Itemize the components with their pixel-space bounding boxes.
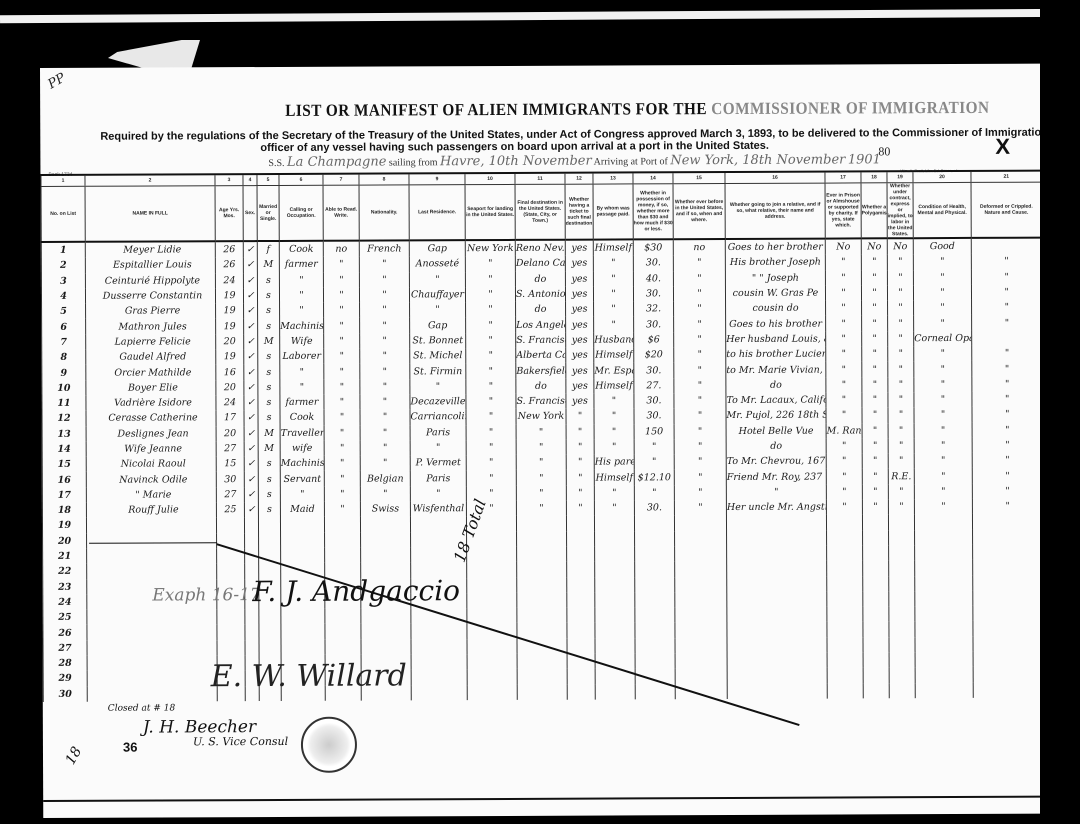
empty-cell bbox=[281, 548, 325, 563]
cell-before: " bbox=[674, 378, 726, 394]
column-number: 11 bbox=[515, 174, 565, 185]
cell-paid: Himself bbox=[593, 239, 633, 255]
column-header: Whether ever before in the United States… bbox=[673, 184, 725, 240]
cell-paid: " bbox=[593, 256, 633, 271]
empty-cell bbox=[889, 560, 915, 575]
row-number: 25 bbox=[43, 610, 87, 625]
cell-relative: Goes to his brother bbox=[726, 316, 826, 332]
cell-no: 2 bbox=[41, 258, 85, 273]
cell-health: " bbox=[914, 315, 972, 331]
empty-cell bbox=[827, 561, 863, 576]
cell-name: Nicolai Raoul bbox=[86, 456, 216, 472]
empty-cell bbox=[915, 637, 973, 653]
cell-port: " bbox=[466, 409, 516, 425]
empty-cell bbox=[87, 671, 217, 687]
cell-nat: " bbox=[360, 394, 410, 410]
empty-cell bbox=[87, 625, 217, 641]
cell-no: 6 bbox=[42, 319, 86, 334]
cell-relative: do bbox=[726, 438, 826, 454]
empty-cell bbox=[245, 624, 259, 639]
cell-nat: " bbox=[360, 425, 410, 441]
cell-occ: farmer bbox=[280, 395, 324, 410]
empty-cell bbox=[361, 547, 411, 563]
cell-rw: " bbox=[324, 303, 360, 318]
cell-deformed: " bbox=[972, 346, 1042, 362]
cell-poly: " bbox=[862, 300, 888, 315]
cell-relative: do bbox=[726, 377, 826, 393]
cell-occ: " bbox=[280, 364, 324, 379]
empty-cell bbox=[635, 684, 675, 699]
footer-rule bbox=[43, 796, 1043, 802]
empty-cell bbox=[675, 592, 727, 608]
cell-age: 30 bbox=[216, 472, 244, 487]
empty-cell bbox=[467, 669, 517, 685]
cell-dest: S. Antonio Texas bbox=[515, 287, 565, 303]
cell-relative: Goes to her brother bbox=[725, 239, 825, 256]
cell-paid: " bbox=[594, 500, 634, 515]
empty-cell bbox=[888, 515, 914, 530]
cell-ms: M bbox=[258, 441, 280, 456]
empty-cell bbox=[325, 532, 361, 547]
cell-res: " bbox=[409, 272, 465, 288]
cell-rw: " bbox=[324, 425, 360, 440]
cell-age: 27 bbox=[216, 441, 244, 456]
empty-cell bbox=[727, 530, 827, 546]
cell-name: " Marie bbox=[86, 487, 216, 503]
empty-cell bbox=[595, 577, 635, 592]
cell-occ: Cook bbox=[279, 241, 323, 257]
empty-cell bbox=[467, 654, 517, 670]
cell-health: " bbox=[914, 377, 972, 393]
cell-ms: s bbox=[258, 410, 280, 425]
cell-ms: M bbox=[258, 426, 280, 441]
cell-paid: Husband bbox=[594, 332, 634, 347]
cell-no: 10 bbox=[42, 380, 86, 395]
cell-nat: Swiss bbox=[360, 501, 410, 517]
torn-paper-scrap bbox=[108, 40, 200, 70]
ship-name: La Champagne bbox=[287, 154, 386, 169]
cell-ms: s bbox=[258, 349, 280, 364]
empty-cell bbox=[674, 515, 726, 531]
cell-before: " bbox=[673, 255, 725, 271]
ship-prefix: S.S. bbox=[268, 158, 284, 169]
cell-occ: Wife bbox=[280, 334, 324, 349]
cell-money: 30. bbox=[634, 317, 674, 332]
cell-deformed: " bbox=[971, 254, 1041, 270]
column-header: NAME IN FULL bbox=[85, 186, 215, 242]
cell-relative: Friend Mr. Roy, 237 W. 50 St. bbox=[726, 469, 826, 485]
cell-nat: French bbox=[359, 240, 409, 257]
cell-age: 27 bbox=[216, 487, 244, 502]
empty-cell bbox=[567, 531, 595, 546]
cell-deformed bbox=[972, 330, 1042, 346]
cell-port: " bbox=[466, 363, 516, 379]
column-header: By whom was passage paid. bbox=[593, 184, 633, 240]
cell-res: Wisfenthal bbox=[410, 501, 466, 517]
cell-name: Wife Jeanne bbox=[86, 441, 216, 457]
cell-port: " bbox=[465, 272, 515, 288]
cell-name: Mathron Jules bbox=[86, 319, 216, 335]
cell-prison: " bbox=[826, 316, 862, 331]
empty-cell bbox=[727, 607, 827, 623]
empty-cell bbox=[280, 517, 324, 532]
scan-right-edge bbox=[1040, 0, 1080, 824]
empty-cell bbox=[411, 608, 467, 624]
cell-relative: Hotel Belle Vue bbox=[726, 423, 826, 439]
cell-money: $30 bbox=[633, 239, 673, 255]
cell-ticket: yes bbox=[566, 332, 594, 347]
cell-nat: Belgian bbox=[360, 471, 410, 487]
cell-ticket: " bbox=[566, 439, 594, 454]
cell-before: " bbox=[674, 469, 726, 485]
empty-cell bbox=[595, 608, 635, 623]
cell-paid: " bbox=[593, 286, 633, 301]
sailing-from: Havre, 10th November bbox=[440, 154, 592, 170]
empty-cell bbox=[973, 667, 1043, 683]
cell-poly: " bbox=[862, 346, 888, 361]
cell-ticket: yes bbox=[566, 302, 594, 317]
empty-cell bbox=[595, 623, 635, 638]
cell-age: 16 bbox=[216, 364, 244, 379]
cell-prison: " bbox=[826, 392, 862, 407]
cell-dest: Alberta Canada bbox=[516, 348, 566, 364]
empty-cell bbox=[217, 609, 245, 624]
cell-paid: " bbox=[594, 409, 634, 424]
empty-cell bbox=[827, 622, 863, 637]
empty-cell bbox=[915, 545, 973, 561]
row-number: 28 bbox=[43, 656, 87, 671]
empty-cell bbox=[889, 683, 915, 698]
empty-row: 30 bbox=[43, 682, 1043, 702]
cell-paid: Himself bbox=[594, 470, 634, 485]
empty-cell bbox=[827, 576, 863, 591]
empty-cell bbox=[87, 563, 217, 579]
cell-prison: " bbox=[825, 285, 861, 300]
cell-ms: s bbox=[258, 303, 280, 318]
empty-cell bbox=[973, 560, 1043, 576]
cell-rw: " bbox=[324, 486, 360, 501]
column-number: 12 bbox=[565, 174, 593, 185]
cell-contract: " bbox=[888, 300, 914, 315]
cell-no: 8 bbox=[42, 350, 86, 365]
empty-cell bbox=[863, 576, 889, 591]
column-number: 1 bbox=[41, 176, 85, 187]
cell-ticket: " bbox=[566, 455, 594, 470]
empty-cell bbox=[217, 640, 245, 655]
manifest-body: 1Meyer Lidie26✓fCooknoFrenchGapNew YorkR… bbox=[41, 238, 1043, 702]
cell-before: " bbox=[673, 271, 725, 287]
cell-port: " bbox=[466, 333, 516, 349]
row-number: 24 bbox=[43, 595, 87, 610]
cell-deformed: " bbox=[972, 499, 1042, 515]
cell-occ: " bbox=[280, 379, 324, 394]
cell-no: 15 bbox=[42, 457, 86, 472]
empty-cell bbox=[675, 546, 727, 562]
cell-poly: " bbox=[862, 453, 888, 468]
cell-name: Boyer Elie bbox=[86, 380, 216, 396]
cell-ms: s bbox=[257, 273, 279, 288]
empty-cell bbox=[863, 668, 889, 683]
cell-rw: " bbox=[323, 272, 359, 287]
cell-dest: Los Angeles Cal. bbox=[516, 317, 566, 333]
cell-ms: M bbox=[258, 334, 280, 349]
empty-cell bbox=[973, 529, 1043, 545]
empty-cell bbox=[727, 591, 827, 607]
cell-poly: " bbox=[862, 377, 888, 392]
column-header: Whether in possession of money, if so, w… bbox=[633, 184, 673, 240]
cell-res: Carriancolin bbox=[410, 409, 466, 425]
empty-cell bbox=[863, 591, 889, 606]
row-number: 30 bbox=[43, 686, 87, 701]
empty-cell bbox=[914, 514, 972, 530]
empty-cell bbox=[567, 547, 595, 562]
empty-cell bbox=[87, 686, 217, 702]
cell-dest: " bbox=[516, 455, 566, 471]
cell-occ: " bbox=[279, 288, 323, 303]
empty-cell bbox=[411, 669, 467, 685]
cell-relative: cousin W. Gras Pe bbox=[725, 285, 825, 301]
cell-no: 3 bbox=[41, 273, 85, 288]
cell-before: " bbox=[674, 332, 726, 348]
cell-poly: " bbox=[861, 255, 887, 270]
cell-prison: " bbox=[825, 270, 861, 285]
cell-relative: " " Joseph bbox=[725, 270, 825, 286]
cell-money: $20 bbox=[634, 347, 674, 362]
cell-paid: " bbox=[594, 393, 634, 408]
empty-cell bbox=[727, 653, 827, 669]
empty-cell bbox=[567, 623, 595, 638]
cell-nat: " bbox=[360, 379, 410, 395]
cell-prison: " bbox=[826, 454, 862, 469]
cell-ms: s bbox=[258, 380, 280, 395]
empty-cell bbox=[87, 609, 217, 625]
empty-cell bbox=[727, 683, 827, 699]
cell-prison: " bbox=[826, 362, 862, 377]
cell-occ: Machinist bbox=[280, 318, 324, 333]
cell-no: 9 bbox=[42, 365, 86, 380]
empty-cell bbox=[517, 577, 567, 593]
cell-contract: " bbox=[888, 346, 914, 361]
cell-before: no bbox=[673, 239, 725, 256]
cell-sex: ✓ bbox=[243, 288, 257, 303]
cell-res: " bbox=[410, 486, 466, 502]
cell-port: " bbox=[465, 287, 515, 303]
cell-contract: " bbox=[888, 484, 914, 499]
column-number: 6 bbox=[279, 175, 323, 186]
cell-prison: No bbox=[825, 238, 861, 254]
cell-ticket: " bbox=[566, 485, 594, 500]
empty-cell bbox=[244, 517, 258, 532]
cell-health: " bbox=[914, 499, 972, 515]
cell-deformed: " bbox=[972, 468, 1042, 484]
column-header: Nationality. bbox=[359, 185, 409, 241]
empty-cell bbox=[517, 669, 567, 685]
cell-occ: Maid bbox=[280, 502, 324, 517]
cell-prison: " bbox=[826, 331, 862, 346]
empty-cell bbox=[324, 517, 360, 532]
empty-cell bbox=[410, 516, 466, 532]
cell-prison: " bbox=[826, 346, 862, 361]
empty-cell bbox=[361, 624, 411, 640]
column-number: 21 bbox=[971, 172, 1041, 183]
empty-cell bbox=[467, 623, 517, 639]
officer-signature: E. W. Willard bbox=[211, 658, 407, 694]
cell-money: 30. bbox=[634, 409, 674, 424]
empty-cell bbox=[517, 547, 567, 563]
cell-health: " bbox=[914, 361, 972, 377]
cell-dest: do bbox=[516, 302, 566, 318]
cell-poly: No bbox=[861, 238, 887, 254]
empty-cell bbox=[635, 623, 675, 638]
cell-prison: " bbox=[826, 301, 862, 316]
cell-no: 1 bbox=[41, 242, 85, 258]
empty-cell bbox=[361, 532, 411, 548]
cell-prison: " bbox=[825, 255, 861, 270]
cell-ms: s bbox=[258, 318, 280, 333]
inspector-note: Exaph 16-17 bbox=[152, 585, 260, 605]
empty-cell bbox=[675, 668, 727, 684]
cell-deformed: " bbox=[972, 315, 1042, 331]
cell-port: " bbox=[466, 424, 516, 440]
cell-before: " bbox=[674, 301, 726, 317]
empty-cell bbox=[827, 591, 863, 606]
cell-health: " bbox=[914, 346, 972, 362]
cell-nat: " bbox=[359, 287, 409, 303]
empty-cell bbox=[675, 607, 727, 623]
empty-cell bbox=[827, 683, 863, 698]
empty-cell bbox=[675, 561, 727, 577]
cell-rw: " bbox=[324, 318, 360, 333]
empty-cell bbox=[915, 530, 973, 546]
empty-cell bbox=[325, 548, 361, 563]
cell-sex: ✓ bbox=[244, 303, 258, 318]
cell-port: " bbox=[466, 348, 516, 364]
cell-occ: Machinist bbox=[280, 456, 324, 471]
cell-poly: " bbox=[862, 331, 888, 346]
cell-health: " bbox=[914, 300, 972, 316]
cell-prison: " bbox=[826, 438, 862, 453]
empty-cell bbox=[635, 546, 675, 561]
cell-contract: " bbox=[888, 392, 914, 407]
empty-cell bbox=[634, 516, 674, 531]
arriving-label: Arriving at Port of bbox=[594, 156, 668, 167]
cell-dest: do bbox=[516, 378, 566, 394]
cell-prison: " bbox=[826, 377, 862, 392]
cell-occ: wife bbox=[280, 441, 324, 456]
empty-cell bbox=[915, 575, 973, 591]
empty-cell bbox=[675, 653, 727, 669]
cell-age: 26 bbox=[215, 241, 243, 257]
cell-ticket: yes bbox=[566, 317, 594, 332]
column-header: Final destination in the United States. … bbox=[515, 184, 565, 240]
empty-cell bbox=[411, 685, 467, 701]
empty-cell bbox=[727, 546, 827, 562]
cell-no: 16 bbox=[42, 472, 86, 487]
empty-cell bbox=[973, 545, 1043, 561]
empty-cell bbox=[889, 667, 915, 682]
regulation-line-2: officer of any vessel having such passen… bbox=[260, 140, 769, 154]
cell-contract: " bbox=[888, 438, 914, 453]
cell-dest: " bbox=[516, 424, 566, 440]
cell-sex: ✓ bbox=[244, 334, 258, 349]
cell-ticket: " bbox=[566, 470, 594, 485]
cell-sex: ✓ bbox=[244, 441, 258, 456]
cell-contract: " bbox=[888, 362, 914, 377]
cell-health: " bbox=[914, 392, 972, 408]
cell-nat: " bbox=[360, 364, 410, 380]
cell-occ: Laborer bbox=[280, 349, 324, 364]
empty-cell bbox=[863, 530, 889, 545]
column-number: 13 bbox=[593, 173, 633, 184]
cell-res: St. Michel bbox=[410, 348, 466, 364]
empty-cell bbox=[245, 533, 259, 548]
empty-cell bbox=[827, 607, 863, 622]
empty-cell bbox=[827, 545, 863, 560]
cell-res: " bbox=[410, 440, 466, 456]
cell-deformed: " bbox=[972, 483, 1042, 499]
empty-cell bbox=[675, 684, 727, 700]
ship-line: S.S. La Champagne sailing from Havre, 10… bbox=[268, 152, 881, 170]
cell-contract: " bbox=[887, 270, 913, 285]
empty-cell bbox=[862, 515, 888, 530]
row-number: 20 bbox=[43, 533, 87, 548]
cell-health: " bbox=[914, 407, 972, 423]
cell-before: " bbox=[674, 362, 726, 378]
empty-cell bbox=[517, 593, 567, 609]
cell-relative: to Mr. Marie Vivian, Kern City, Kern Co. bbox=[726, 362, 826, 378]
empty-cell bbox=[411, 639, 467, 655]
cell-occ: " bbox=[279, 272, 323, 287]
empty-cell bbox=[973, 575, 1043, 591]
cell-relative: cousin do bbox=[726, 301, 826, 317]
inspector-signature: F. J. Andgaccio bbox=[252, 574, 460, 608]
cell-money: $12.10 bbox=[634, 470, 674, 485]
row-number: 27 bbox=[43, 641, 87, 656]
cell-paid: His parents bbox=[594, 455, 634, 470]
cell-res: Paris bbox=[410, 425, 466, 441]
cell-occ: Cook bbox=[280, 410, 324, 425]
cell-name: Espitallier Louis bbox=[85, 258, 215, 274]
cell-no: 18 bbox=[42, 503, 86, 518]
cell-nat: " bbox=[360, 486, 410, 502]
empty-cell bbox=[863, 545, 889, 560]
cell-ticket: yes bbox=[566, 378, 594, 393]
empty-cell bbox=[863, 622, 889, 637]
empty-cell bbox=[595, 562, 635, 577]
empty-cell bbox=[973, 682, 1043, 698]
cell-before: " bbox=[674, 316, 726, 332]
cell-money: " bbox=[634, 454, 674, 469]
cell-ticket: " bbox=[566, 409, 594, 424]
cell-contract: " bbox=[888, 407, 914, 422]
column-header: Age Yrs. Mos. bbox=[215, 186, 243, 242]
empty-cell bbox=[675, 531, 727, 547]
sailing-label: sailing from bbox=[389, 157, 438, 168]
empty-cell bbox=[863, 637, 889, 652]
cell-no: 14 bbox=[42, 442, 86, 457]
cell-port: New York bbox=[465, 240, 515, 257]
cell-health: " bbox=[914, 438, 972, 454]
column-number: 15 bbox=[673, 173, 725, 184]
empty-cell bbox=[827, 652, 863, 667]
cell-health: Corneal Opac. bbox=[914, 331, 972, 347]
cell-before: " bbox=[674, 393, 726, 409]
cell-health: " bbox=[913, 270, 971, 286]
empty-cell bbox=[635, 592, 675, 607]
cell-dest: Reno Nev. bbox=[515, 240, 565, 257]
cell-paid: Mr. Espaine bbox=[594, 363, 634, 378]
cell-health: " bbox=[913, 254, 971, 270]
